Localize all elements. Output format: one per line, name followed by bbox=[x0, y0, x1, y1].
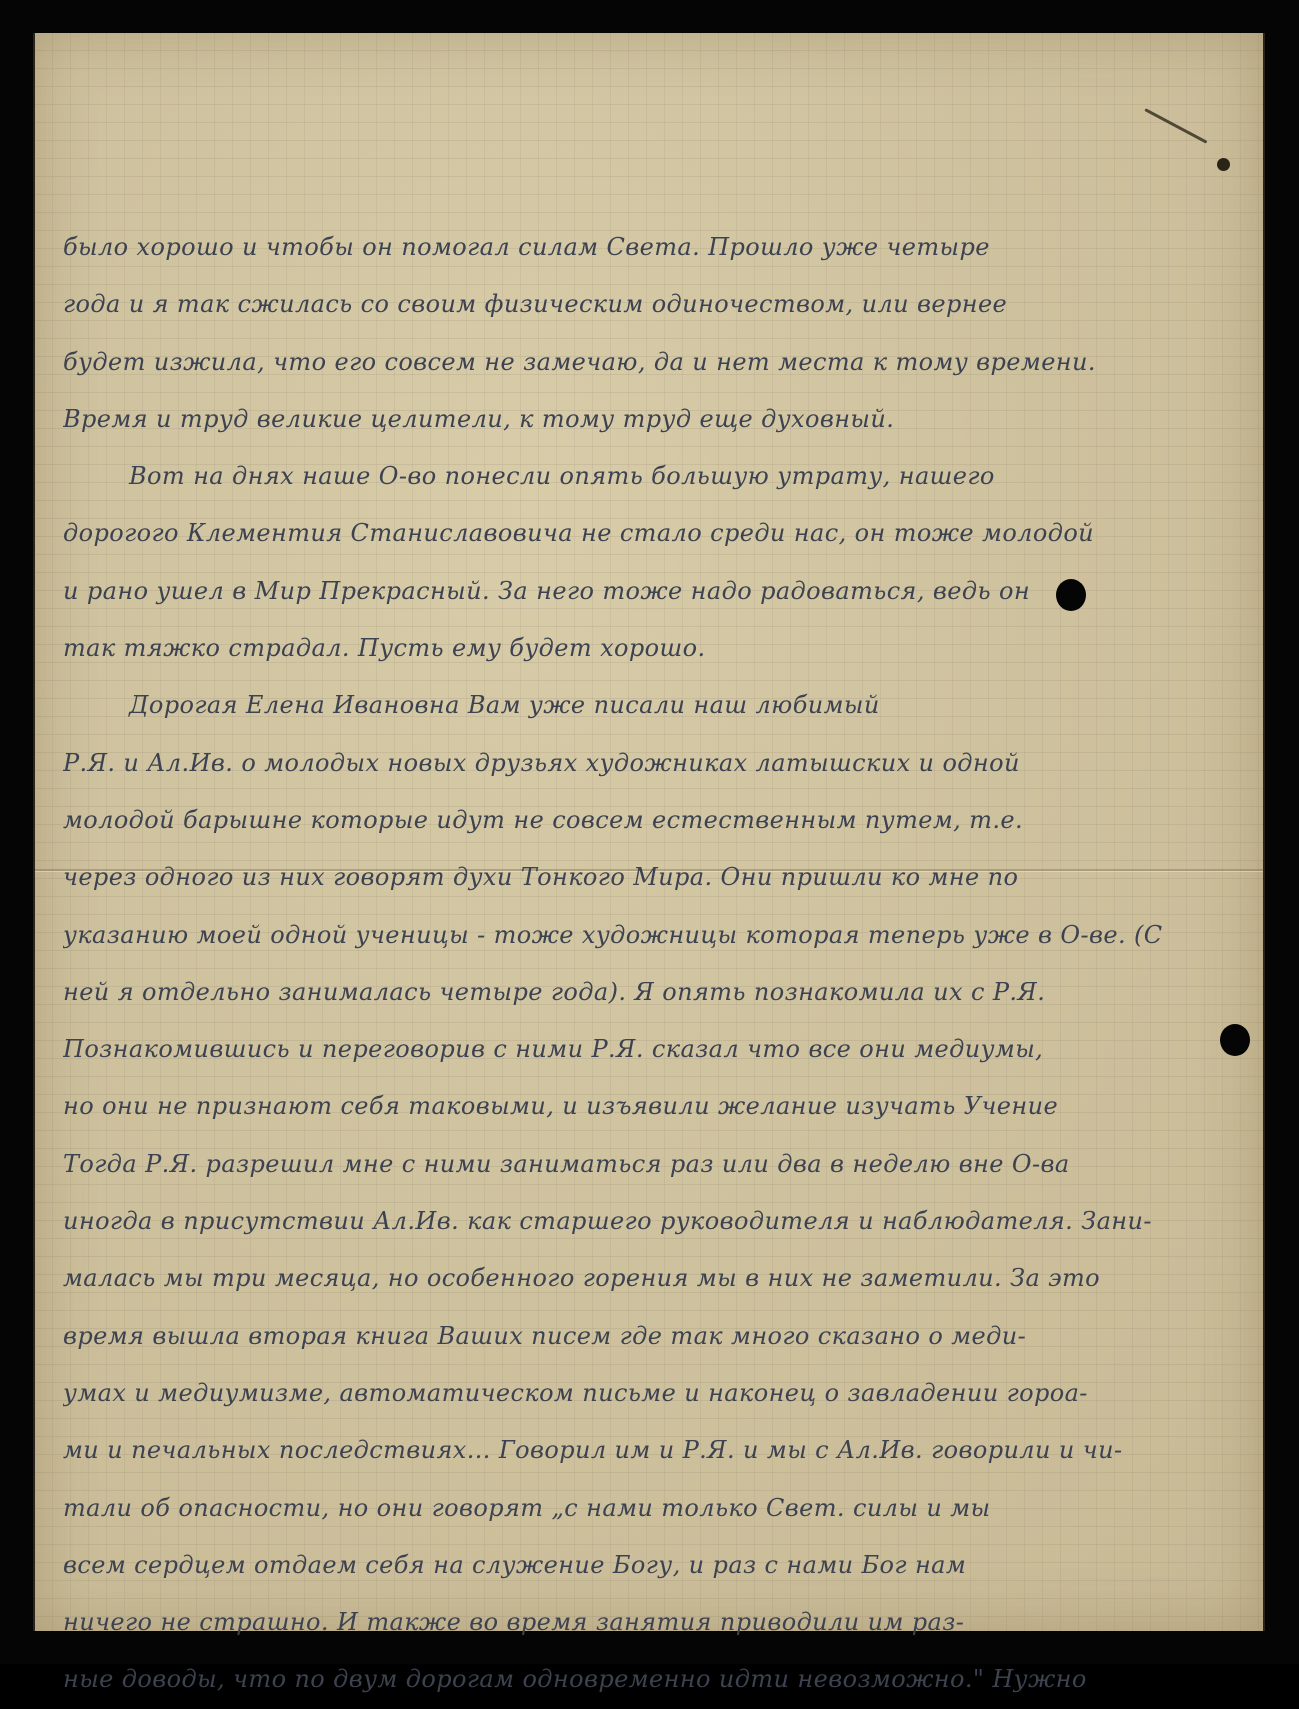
text-line: молодой барышне которые идут не совсем е… bbox=[63, 792, 1243, 849]
letter-page: было хорошо и чтобы он помогал силам Све… bbox=[33, 33, 1265, 1631]
text-line: малась мы три месяца, но особенного горе… bbox=[63, 1250, 1243, 1307]
text-line: ми и печальных последствиях... Говорил и… bbox=[63, 1422, 1243, 1479]
text-line: тали об опасности, но они говорят „с нам… bbox=[63, 1480, 1243, 1537]
text-line: Р.Я. и Ал.Ив. о молодых новых друзьях ху… bbox=[63, 735, 1243, 792]
paragraph-start-line: Вот на днях наше О-во понесли опять боль… bbox=[63, 448, 1243, 505]
text-line: время вышла вторая книга Ваших писем где… bbox=[63, 1308, 1243, 1365]
text-line: умах и медиумизме, автоматическом письме… bbox=[63, 1365, 1243, 1422]
paper-tear-mark bbox=[1144, 108, 1207, 144]
text-line: Тогда Р.Я. разрешил мне с ними заниматьс… bbox=[63, 1136, 1243, 1193]
text-line: ней я отдельно занималась четыре года). … bbox=[63, 964, 1243, 1021]
scan-frame: было хорошо и чтобы он помогал силам Све… bbox=[0, 0, 1299, 1664]
text-line: будет изжила, что его совсем не замечаю,… bbox=[63, 334, 1243, 391]
text-line: так тяжко страдал. Пусть ему будет хорош… bbox=[63, 620, 1243, 677]
text-line: Время и труд великие целители, к тому тр… bbox=[63, 391, 1243, 448]
text-line: иногда в присутствии Ал.Ив. как старшего… bbox=[63, 1193, 1243, 1250]
text-line: ничего не страшно. И также во время заня… bbox=[63, 1594, 1243, 1651]
paragraph-start-line: Дорогая Елена Ивановна Вам уже писали на… bbox=[63, 677, 1243, 734]
text-line: через одного из них говорят духи Тонкого… bbox=[63, 849, 1243, 906]
text-line: дорогого Клементия Станиславовича не ста… bbox=[63, 505, 1243, 562]
text-line: но они не признают себя таковыми, и изъя… bbox=[63, 1078, 1243, 1135]
text-line: указанию моей одной ученицы - тоже худож… bbox=[63, 907, 1243, 964]
text-line: всем сердцем отдаем себя на служение Бог… bbox=[63, 1537, 1243, 1594]
text-line: Познакомившись и переговорив с ними Р.Я.… bbox=[63, 1021, 1243, 1078]
text-line: ные доводы, что по двум дорогам одноврем… bbox=[63, 1651, 1243, 1664]
text-line: и рано ушел в Мир Прекрасный. За него то… bbox=[63, 563, 1243, 620]
handwritten-text-body: было хорошо и чтобы он помогал силам Све… bbox=[63, 219, 1243, 1664]
ink-blot bbox=[1217, 158, 1230, 171]
text-line: года и я так сжилась со своим физическим… bbox=[63, 276, 1243, 333]
text-line: было хорошо и чтобы он помогал силам Све… bbox=[63, 219, 1243, 276]
